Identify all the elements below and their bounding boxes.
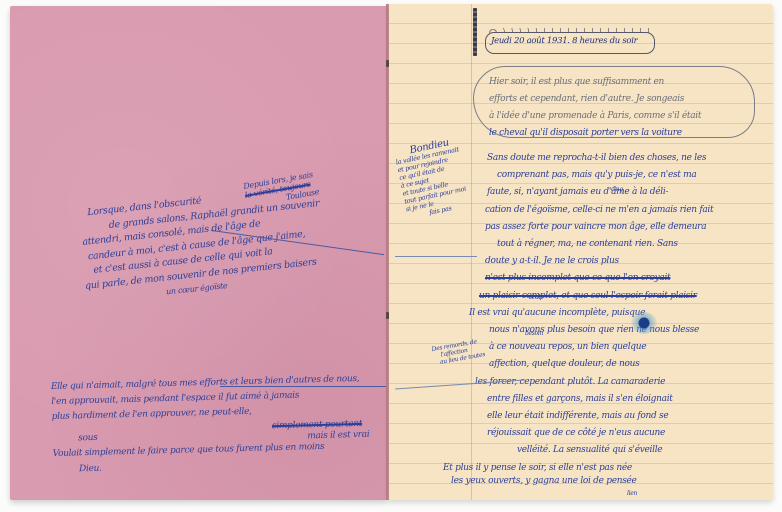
interlinear-correction: seule [529, 294, 543, 301]
handwritten-line: comprenant pas, mais qu'y puis-je, ce n'… [479, 167, 713, 184]
right-body-text: Sans doute me reprocha-t-il bien des cho… [479, 150, 713, 490]
interlinear-correction: cinq [611, 186, 623, 193]
handwritten-line: n'est plus incomplet que ce que l'on cro… [479, 270, 713, 287]
left-lower-block: Elle qui n'aimait, malgré tous mes effor… [51, 372, 371, 478]
handwritten-line: à l'idée d'une promenade à Paris, comme … [489, 108, 701, 125]
ink-blot [631, 312, 657, 334]
interlinear-correction: lien [627, 490, 637, 497]
left-upper-block: Lorsque, dans l'obscurité de grands salo… [87, 182, 328, 307]
handwritten-line: un plaisir complet, et que seul l'espoir… [479, 288, 713, 305]
handwritten-line: Sans doute me reprocha-t-il bien des cho… [479, 150, 713, 167]
handwritten-line: à ce nouveau repos, un bien quelque [479, 339, 713, 356]
date-heading: Jeudi 20 août 1931. 8 heures du soir [491, 36, 637, 46]
pen-stroke-line [395, 256, 477, 257]
pen-stroke-line [220, 386, 388, 387]
margin-line [471, 4, 472, 500]
pencil-cloud-text: Hier soir, il est plus que suffisamment … [489, 74, 701, 142]
margin-note-remords: Des remords, de l'affection au lieu de t… [431, 337, 486, 367]
handwritten-line: les yeux ouverts, y gagna une loi de pen… [451, 473, 713, 490]
handwritten-line: le cheval qu'il disposait porter vers la… [489, 125, 701, 142]
pencil-mark [473, 8, 477, 56]
handwritten-line: entre filles et garçons, mais il s'en él… [479, 391, 713, 408]
handwritten-line: Hier soir, il est plus que suffisamment … [489, 74, 701, 91]
handwritten-line: affection, quelque douleur, de nous [479, 356, 713, 373]
handwritten-line: faute, si, n'ayant jamais eu d'âme à la … [479, 184, 713, 201]
interlinear-correction: besoin [525, 330, 543, 337]
handwritten-line: efforts et cependant, rien d'autre. Je s… [489, 91, 701, 108]
handwritten-line: les forcer, cependant plutôt. La camarad… [475, 374, 713, 391]
left-page-pink: Depuis lors, je sais la vérité, toujours… [10, 6, 388, 500]
notebook-spread: Depuis lors, je sais la vérité, toujours… [0, 0, 782, 512]
handwritten-line: nous n'avons plus besoin que rien ne nou… [479, 322, 713, 339]
handwritten-line: tout à régner, ma, ne contenant rien. Sa… [479, 236, 713, 253]
handwritten-line: Il est vrai qu'aucune incomplète, puisqu… [469, 305, 713, 322]
handwritten-line: cation de l'égoïsme, celle-ci ne m'en a … [479, 202, 713, 219]
handwritten-line: velléité. La sensualité qui s'éveille [479, 442, 713, 459]
handwritten-line: elle leur était indifférente, mais au fo… [479, 408, 713, 425]
handwritten-line: doute y a-t-il. Je ne le crois plus [479, 253, 713, 270]
handwritten-line: pas assez forte pour vaincre mon âge, el… [479, 219, 713, 236]
margin-note-bondieu: Bondieu la vallée les ramenait et pour r… [394, 137, 472, 221]
right-page-ruled: Jeudi 20 août 1931. 8 heures du soir Hie… [389, 4, 773, 500]
handwritten-line: réjouissait que de ce côté je n'eus aucu… [479, 425, 713, 442]
